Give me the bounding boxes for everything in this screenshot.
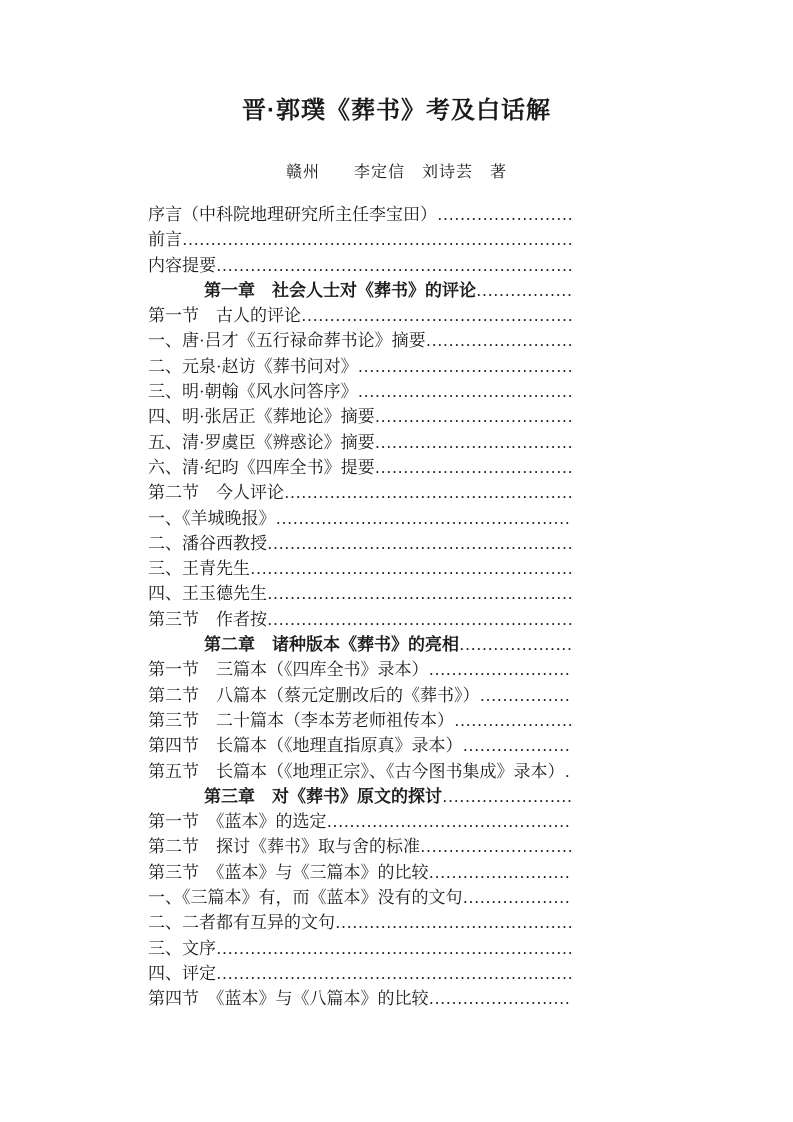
toc-entry-row: 第三节 作者按…………………………………………………………………………………………	[148, 607, 572, 632]
toc-entry-label: 第二节 今人评论	[148, 480, 284, 505]
dot-leader: ……………………………………………………………………………………………………………	[429, 986, 573, 1011]
toc-entry-row: 第一节 古人的评论……………………………………………………………………………………	[148, 303, 572, 328]
toc-entry-label: 第一节 三篇本（《四库全书》录本）	[148, 657, 429, 682]
dot-leader: ……………………………………………………………………………………………………………	[429, 657, 573, 682]
toc-entry-label: 四、明·张居正《葬地论》摘要	[148, 404, 375, 429]
dot-leader: ……………………………………………………………………………………………………………	[216, 961, 572, 986]
toc-entry-label: 一、《三篇本》有，而《蓝本》没有的文句	[148, 885, 463, 910]
dot-leader: ……………………………………………………………………………………………………………	[216, 936, 572, 961]
dot-leader: ……………………………………………………………………………………………………………	[335, 910, 572, 935]
toc-entry-row: 第一节 《蓝本》的选定………………………………………………………………………………	[148, 809, 572, 834]
toc-entry-label: 第二节 八篇本（蔡元定删改后的《葬书》）	[148, 683, 480, 708]
dot-leader: ……………………………………………………………………………………………………………	[420, 834, 572, 859]
toc-entry-label: 第三节 二十篇本（李本芳老师祖传本）	[148, 708, 454, 733]
toc-chapter-row: 第二章 诸种版本《葬书》的亮相……………………………………………………………………	[148, 632, 572, 657]
toc-entry-row: 四、王玉德先生…………………………………………………………………………………………	[148, 581, 572, 606]
dot-leader: ……………………………………………………………………………………………………………	[565, 759, 573, 784]
toc-chapter-row: 第三章 对《葬书》原文的探讨………………………………………………………………………	[148, 784, 572, 809]
dot-leader: ……………………………………………………………………………………………………………	[267, 607, 572, 632]
toc-entry-label: 第五节 长篇本（《地理正宗》、《古今图书集成》录本）	[148, 759, 565, 784]
toc-entry-row: 第一节 三篇本（《四库全书》录本）………………………………………………………………	[148, 657, 572, 682]
toc-entry-label: 二、元泉·赵访《葬书问对》	[148, 354, 358, 379]
toc-entry-row: 第三节 二十篇本（李本芳老师祖传本）……………………………………………………………	[148, 708, 572, 733]
document-page: 晋·郭璞《葬书》考及白话解 赣州 李定信 刘诗芸 著 序言（中科院地理研究所主任…	[0, 0, 793, 1122]
toc-entry-row: 三、文序…………………………………………………………………………………………………	[148, 936, 572, 961]
dot-leader: ……………………………………………………………………………………………………………	[250, 556, 572, 581]
toc-entry-label: 二、潘谷西教授	[148, 531, 267, 556]
book-title: 晋·郭璞《葬书》考及白话解	[0, 0, 793, 125]
toc-entry-row: 二、二者都有互异的文句………………………………………………………………………………	[148, 910, 572, 935]
toc-entry-row: 前言………………………………………………………………………………………………………	[148, 227, 572, 252]
dot-leader: ……………………………………………………………………………………………………………	[358, 379, 572, 404]
toc-entry-row: 第三节 《蓝本》与《三篇本》的比较………………………………………………………………	[148, 860, 572, 885]
dot-leader: ……………………………………………………………………………………………………………	[426, 328, 572, 353]
dot-leader: ……………………………………………………………………………………………………………	[375, 430, 572, 455]
toc-entry-label: 五、清·罗虞臣《辨惑论》摘要	[148, 430, 375, 455]
dot-leader: ……………………………………………………………………………………………………………	[437, 202, 572, 227]
toc-entry-row: 第二节 探讨《葬书》取与舍的标准…………………………………………………………………	[148, 834, 572, 859]
toc-entry-row: 二、潘谷西教授…………………………………………………………………………………………	[148, 531, 572, 556]
toc-entry-label: 内容提要	[148, 253, 216, 278]
dot-leader: ……………………………………………………………………………………………………………	[284, 480, 572, 505]
toc-entry-label: 三、文序	[148, 936, 216, 961]
toc-entry-label: 第三章 对《葬书》原文的探讨	[148, 784, 442, 809]
toc-entry-label: 一、唐·吕才《五行禄命葬书论》摘要	[148, 328, 426, 353]
toc-entry-row: 第四节 《蓝本》与《八篇本》的比较………………………………………………………………	[148, 986, 572, 1011]
toc-entry-row: 四、明·张居正《葬地论》摘要………………………………………………………………………	[148, 404, 572, 429]
toc-entry-row: 第四节 长篇本（《地理直指原真》录本）…………………………………………………………	[148, 733, 572, 758]
toc-entry-row: 第二节 八篇本（蔡元定删改后的《葬书》）………………………………………………………	[148, 683, 572, 708]
dot-leader: ……………………………………………………………………………………………………………	[442, 784, 572, 809]
dot-leader: ……………………………………………………………………………………………………………	[476, 278, 572, 303]
toc-entry-row: 内容提要…………………………………………………………………………………………………	[148, 253, 572, 278]
dot-leader: ……………………………………………………………………………………………………………	[182, 227, 572, 252]
toc-entry-row: 第五节 长篇本（《地理正宗》、《古今图书集成》录本）………………………………………	[148, 759, 572, 784]
toc-entry-label: 第一节 《蓝本》的选定	[148, 809, 327, 834]
dot-leader: ……………………………………………………………………………………………………………	[375, 455, 572, 480]
dot-leader: ……………………………………………………………………………………………………………	[459, 632, 572, 657]
dot-leader: ……………………………………………………………………………………………………………	[327, 809, 573, 834]
dot-leader: ……………………………………………………………………………………………………………	[463, 733, 573, 758]
toc-entry-row: 六、清·纪昀《四库全书》提要………………………………………………………………………	[148, 455, 572, 480]
dot-leader: ……………………………………………………………………………………………………………	[454, 708, 572, 733]
toc-entry-row: 三、明·朝翰《风水问答序》…………………………………………………………………………	[148, 379, 572, 404]
toc-entry-label: 前言	[148, 227, 182, 252]
toc-entry-label: 二、二者都有互异的文句	[148, 910, 335, 935]
toc-entry-label: 序言（中科院地理研究所主任李宝田）	[148, 202, 437, 227]
toc-entry-label: 四、评定	[148, 961, 216, 986]
dot-leader: ……………………………………………………………………………………………………………	[267, 581, 572, 606]
toc-entry-row: 序言（中科院地理研究所主任李宝田）………………………………………………………………	[148, 202, 572, 227]
toc-entry-label: 四、王玉德先生	[148, 581, 267, 606]
toc-entry-row: 一、《羊城晚报》………………………………………………………………………………………	[148, 506, 572, 531]
dot-leader: ……………………………………………………………………………………………………………	[358, 354, 572, 379]
dot-leader: ……………………………………………………………………………………………………………	[375, 404, 572, 429]
toc-entry-label: 第一章 社会人士对《葬书》的评论	[148, 278, 476, 303]
toc-entry-row: 五、清·罗虞臣《辨惑论》摘要………………………………………………………………………	[148, 430, 572, 455]
toc-entry-label: 第三节 作者按	[148, 607, 267, 632]
dot-leader: ……………………………………………………………………………………………………………	[429, 860, 573, 885]
toc-entry-label: 一、《羊城晚报》	[148, 506, 276, 531]
toc-entry-row: 一、唐·吕才《五行禄命葬书论》摘要………………………………………………………………	[148, 328, 572, 353]
toc-entry-label: 第一节 古人的评论	[148, 303, 301, 328]
toc-entry-row: 一、《三篇本》有，而《蓝本》没有的文句…………………………………………………………	[148, 885, 572, 910]
toc-entry-row: 四、评定…………………………………………………………………………………………………	[148, 961, 572, 986]
toc-chapter-row: 第一章 社会人士对《葬书》的评论…………………………………………………………………	[148, 278, 572, 303]
dot-leader: ……………………………………………………………………………………………………………	[216, 253, 572, 278]
toc-entry-label: 三、王青先生	[148, 556, 250, 581]
authors-line: 赣州 李定信 刘诗芸 著	[0, 159, 793, 182]
toc-entry-row: 三、王青先生……………………………………………………………………………………………	[148, 556, 572, 581]
toc-entry-row: 第二节 今人评论………………………………………………………………………………………	[148, 480, 572, 505]
toc-entry-row: 二、元泉·赵访《葬书问对》…………………………………………………………………………	[148, 354, 572, 379]
toc-entry-label: 第三节 《蓝本》与《三篇本》的比较	[148, 860, 429, 885]
toc-entry-label: 六、清·纪昀《四库全书》提要	[148, 455, 375, 480]
dot-leader: ……………………………………………………………………………………………………………	[480, 683, 573, 708]
toc-entry-label: 第二章 诸种版本《葬书》的亮相	[148, 632, 459, 657]
toc-entry-label: 第四节 《蓝本》与《八篇本》的比较	[148, 986, 429, 1011]
dot-leader: ……………………………………………………………………………………………………………	[267, 531, 572, 556]
table-of-contents: 序言（中科院地理研究所主任李宝田）………………………………………………………………	[148, 202, 572, 1012]
toc-entry-label: 三、明·朝翰《风水问答序》	[148, 379, 358, 404]
toc-entry-label: 第四节 长篇本（《地理直指原真》录本）	[148, 733, 463, 758]
dot-leader: ……………………………………………………………………………………………………………	[463, 885, 573, 910]
dot-leader: ……………………………………………………………………………………………………………	[301, 303, 572, 328]
dot-leader: ……………………………………………………………………………………………………………	[276, 506, 573, 531]
toc-entry-label: 第二节 探讨《葬书》取与舍的标准	[148, 834, 420, 859]
